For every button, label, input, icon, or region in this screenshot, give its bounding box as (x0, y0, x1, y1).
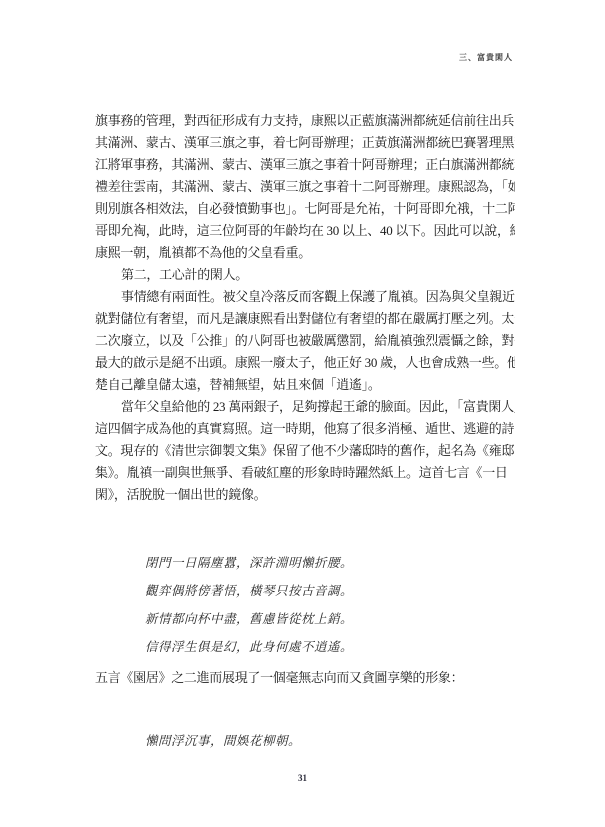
text-line: 其滿洲、蒙古、漢軍三旗之事，着七阿哥辦理；正黃旗滿洲都統巴賽署理黑龍 (95, 132, 515, 154)
paragraph: 五言《園居》之二進而展現了一個毫無志向而又貪圖享樂的形象： (95, 667, 515, 689)
text-line: 康熙一朝，胤禛都不為他的父皇看重。 (95, 242, 515, 264)
text-line: 第二，工心計的閑人。 (95, 264, 515, 286)
poem-line: 閉門一日隔塵囂，深許淵明懶折腰。 (145, 549, 515, 577)
body-text-block: 旗事務的管理，對西征形成有力支持，康熙以正藍旗滿洲都統延信前往出兵， 其滿洲、蒙… (95, 110, 515, 755)
text-line: 五言《園居》之二進而展現了一個毫無志向而又貪圖享樂的形象： (95, 667, 515, 689)
text-line: 這四個字成為他的真實寫照。這一時期，他寫了很多消極、遁世、逃避的詩 (95, 418, 515, 440)
text-line: 就對儲位有奢望，而凡是讓康熙看出對儲位有奢望的都在嚴厲打壓之列。太子 (95, 308, 515, 330)
paragraph: 事情總有兩面性。被父皇冷落反而客觀上保護了胤禛。因為與父皇親近 就對儲位有奢望，… (95, 286, 515, 396)
poem-qiyan-block: 閉門一日隔塵囂，深許淵明懶折腰。 觀弈偶將傍著悟，橫琴只按古音調。 新情都向杯中… (145, 549, 515, 661)
text-line: 當年父皇給他的 23 萬兩銀子，足夠撐起王爺的臉面。因此，「富貴閑人」 (95, 396, 515, 418)
paragraph: 第二，工心計的閑人。 (95, 264, 515, 286)
running-header: 三、富貴閑人 (459, 52, 513, 63)
text-line: 二次廢立，以及「公推」的八阿哥也被嚴厲懲罰，給胤禛強烈震懾之餘，對他 (95, 330, 515, 352)
text-line: 事情總有兩面性。被父皇冷落反而客觀上保護了胤禛。因為與父皇親近 (95, 286, 515, 308)
text-line: 最大的啟示是絕不出頭。康熙一廢太子，他正好 30 歲，人也會成熟一些。他清 (95, 352, 515, 374)
poem-line: 信得浮生俱是幻，此身何處不逍遙。 (145, 633, 515, 661)
text-line: 文。現存的《清世宗御製文集》保留了他不少藩邸時的舊作，起名為《雍邸 (95, 440, 515, 462)
poem-wuyan-block: 懶問浮沉事，間娛花柳朝。 (145, 727, 515, 755)
document-page: 三、富貴閑人 旗事務的管理，對西征形成有力支持，康熙以正藍旗滿洲都統延信前往出兵… (0, 0, 605, 827)
text-line: 閑》，活脫脫一個出世的鏡像。 (95, 484, 515, 506)
text-line: 江將軍事務，其滿洲、蒙古、漢軍三旗之事着十阿哥辦理；正白旗滿洲都統和 (95, 154, 515, 176)
text-line: 楚自己離皇儲太遠，替補無望，姑且來個「逍遙」。 (95, 374, 515, 396)
paragraph: 當年父皇給他的 23 萬兩銀子，足夠撐起王爺的臉面。因此，「富貴閑人」 這四個字… (95, 396, 515, 506)
text-line: 哥即允祹，此時，這三位阿哥的年齡均在 30 以上、40 以下。因此可以說，終 (95, 220, 515, 242)
poem-line: 觀弈偶將傍著悟，橫琴只按古音調。 (145, 577, 515, 605)
text-line: 禮差往雲南，其滿洲、蒙古、漢軍三旗之事着十二阿哥辦理。康熙認為，「如此 (95, 176, 515, 198)
text-line: 旗事務的管理，對西征形成有力支持，康熙以正藍旗滿洲都統延信前往出兵， (95, 110, 515, 132)
text-line: 則別旗各相效法，自必發憤勤事也」。七阿哥是允祐，十阿哥即允䄉，十二阿 (95, 198, 515, 220)
poem-line: 懶問浮沉事，間娛花柳朝。 (145, 727, 515, 755)
paragraph: 旗事務的管理，對西征形成有力支持，康熙以正藍旗滿洲都統延信前往出兵， 其滿洲、蒙… (95, 110, 515, 264)
poem-line: 新情都向杯中盡，舊慮皆從枕上銷。 (145, 605, 515, 633)
text-line: 集》。胤禛一副與世無爭、看破紅塵的形象時時躍然紙上。這首七言《一日 (95, 462, 515, 484)
page-number: 31 (0, 773, 605, 783)
